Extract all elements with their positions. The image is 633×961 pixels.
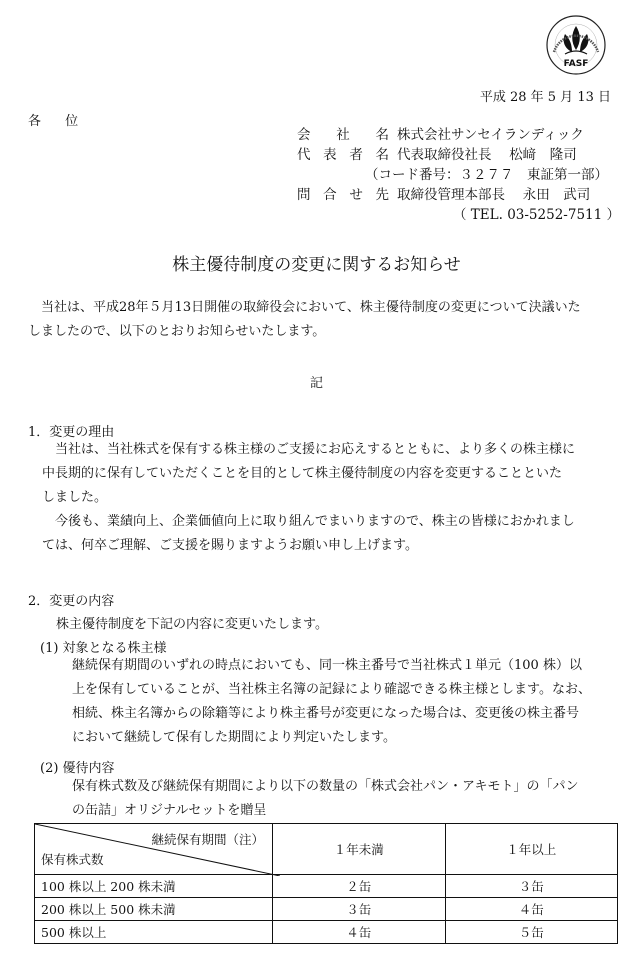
intro-line: しましたので、以下のとおりお知らせいたします。 [28, 320, 618, 344]
tel-row: （ TEL. 03-5252-7511 ） [297, 205, 620, 225]
row-label: 200 株以上 500 株未満 [35, 898, 273, 921]
table-row: 200 株以上 500 株未満 ３缶 ４缶 [35, 898, 618, 921]
ki-marker: 記 [0, 372, 633, 391]
table-header-row: 継続保有期間（注） 保有株式数 １年未満 １年以上 [35, 824, 618, 875]
sub2-line: の缶詰」オリジナルセットを贈呈 [72, 799, 617, 823]
representative-row: 代表者名 代表取締役社長 松﨑 隆司 [297, 145, 620, 165]
section1-line: 今後も、業績向上、企業価値向上に取り組んでまいりますので、株主の皆様におかれまし [42, 510, 627, 534]
fasf-logo: FASF [545, 14, 607, 76]
section1-line: 当社は、当社株式を保有する株主様のご支援にお応えするとともに、より多くの株主様に [42, 438, 627, 462]
contact-label: 問合せ先 [297, 185, 389, 205]
intro-line: 当社は、平成28年５月13日開催の取締役会において、株主優待制度の変更について決… [28, 296, 618, 320]
holding-period-header: 継続保有期間（注） [151, 830, 264, 848]
representative-name: 代表取締役社長 松﨑 隆司 [397, 145, 577, 165]
table-cell: ２缶 [273, 875, 446, 898]
company-label: 会社名 [297, 125, 389, 145]
document-title: 株主優待制度の変更に関するお知らせ [0, 250, 633, 275]
intro-paragraph: 当社は、平成28年５月13日開催の取締役会において、株主優待制度の変更について決… [28, 296, 618, 344]
table-row: 100 株以上 200 株未満 ２缶 ３缶 [35, 875, 618, 898]
column-header: １年未満 [273, 824, 446, 875]
sub1-body: 継続保有期間のいずれの時点においても、同一株主番号で当社株式１単元（100 株）… [72, 654, 617, 750]
issue-date: 平成 28 年 5 月 13 日 [480, 86, 611, 105]
section1-line: しました。 [42, 486, 627, 510]
representative-label: 代表者名 [297, 145, 389, 165]
table-row: 500 株以上 ４缶 ５缶 [35, 921, 618, 944]
sub2-body: 保有株式数及び継続保有期間により以下の数量の「株式会社パン・アキモト」の「パン … [72, 775, 617, 823]
contact-row: 問合せ先 取締役管理本部長 永田 武司 [297, 185, 620, 205]
company-row: 会社名 株式会社サンセイランディック [297, 125, 620, 145]
addressee: 各 位 [28, 110, 88, 129]
sub1-line: 上を保有していることが、当社株主名簿の記録により確認できる株主様とします。なお、 [72, 678, 617, 702]
sender-block: 会社名 株式会社サンセイランディック 代表者名 代表取締役社長 松﨑 隆司 （コ… [297, 125, 620, 225]
table-cell: ５缶 [445, 921, 618, 944]
stock-code: （コード番号：３２７７ 東証第一部） [365, 165, 608, 185]
svg-text:FASF: FASF [564, 59, 589, 69]
sub2-heading: (2) 優待内容 [40, 757, 115, 776]
table-cell: ４缶 [445, 898, 618, 921]
section1-line: 中長期的に保有していただくことを目的として株主優待制度の内容を変更することといた [42, 462, 627, 486]
shares-held-header: 保有株式数 [41, 850, 104, 868]
section1-line: ては、何卒ご理解、ご支援を賜りますようお願い申し上げます。 [42, 534, 627, 558]
column-header: １年以上 [445, 824, 618, 875]
row-label: 100 株以上 200 株未満 [35, 875, 273, 898]
sub1-line: において継続して保有した期間により判定いたします。 [72, 726, 617, 750]
sub1-line: 継続保有期間のいずれの時点においても、同一株主番号で当社株式１単元（100 株）… [72, 654, 617, 678]
company-name: 株式会社サンセイランディック [397, 125, 584, 145]
table-cell: ３缶 [273, 898, 446, 921]
row-label: 500 株以上 [35, 921, 273, 944]
sub1-line: 相続、株主名簿からの除籍等により株主番号が変更になった場合は、変更後の株主番号 [72, 702, 617, 726]
benefits-table: 継続保有期間（注） 保有株式数 １年未満 １年以上 100 株以上 200 株未… [34, 823, 618, 944]
contact-name: 取締役管理本部長 永田 武司 [397, 185, 590, 205]
fasf-emblem-icon: FASF [545, 14, 607, 76]
table-cell: ４缶 [273, 921, 446, 944]
section1-body: 当社は、当社株式を保有する株主様のご支援にお応えするとともに、より多くの株主様に… [42, 438, 627, 558]
telephone: （ TEL. 03-5252-7511 ） [453, 205, 620, 225]
table-cell: ３缶 [445, 875, 618, 898]
code-row: （コード番号：３２７７ 東証第一部） [297, 165, 620, 185]
section2-intro: 株主優待制度を下記の内容に変更いたします。 [56, 613, 328, 632]
sub2-line: 保有株式数及び継続保有期間により以下の数量の「株式会社パン・アキモト」の「パン [72, 775, 617, 799]
section2-heading: 2．変更の内容 [28, 590, 114, 609]
corner-cell: 継続保有期間（注） 保有株式数 [35, 824, 273, 875]
